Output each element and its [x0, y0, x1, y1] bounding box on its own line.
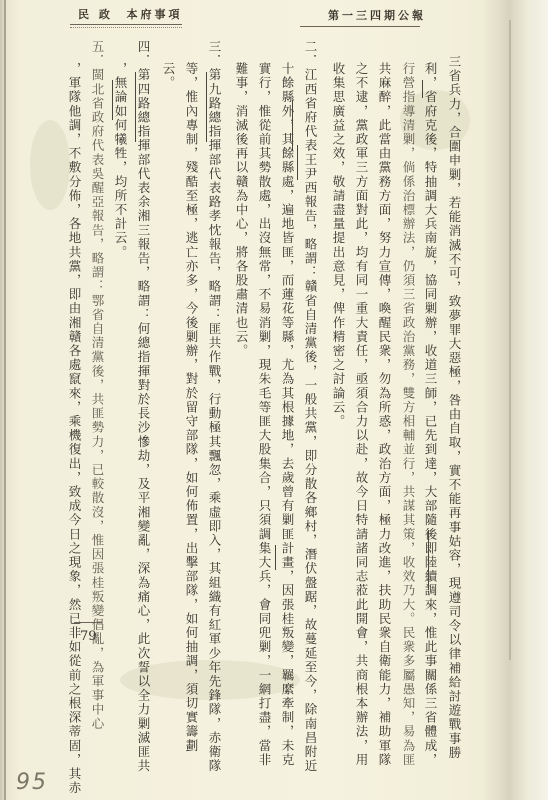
text-column-15: ，無論如何犧牲，均所不計云。 [113, 62, 127, 259]
proper-name-mark [422, 80, 423, 98]
text-column-1: 三省兵力，合圍申剿，若能消滅不可，致夢罪大惡極，咎由自取，實不能再事姑容，現遵司… [447, 55, 461, 760]
publication-header: 第一三四期公報 [328, 7, 426, 23]
text-column-7: 二．江西省府代表王尹西報告，略謂：贛省自清黨後，一般共黨，即分散各鄉村，潛伏盤踞… [303, 40, 317, 773]
header-rule-right [300, 26, 420, 29]
handwritten-annotation: 95 [16, 770, 48, 795]
proper-name-mark [428, 530, 429, 590]
text-column-14: 四．第四路總指揮部代表余湘三報告，略謂：何總指揮對於長沙慘劫，及平湘變亂，深為痛… [136, 40, 150, 773]
page-right-edge [509, 20, 511, 660]
page-number-rule [74, 622, 102, 623]
text-column-13: 云。 [161, 62, 175, 90]
proper-name-mark [135, 72, 136, 142]
paper-stain [30, 120, 70, 210]
text-column-11: 三．第九路總指揮部代表路孝忱報告，略謂：匪共作戰，行動極其飄忽，乘虛即入，其組織… [207, 40, 221, 773]
text-column-5: 之不逮，黨政軍三方面對此，均有同一重大責任，亟須合力以赴，故今日特請諸同志蒞此開… [354, 62, 368, 767]
text-column-8: 十餘縣外，其餘縣處，遍地皆匪，而蓮花等縣，尤為其根據地，去歲曾有剿匪計畫，因張桂… [280, 62, 294, 767]
document-page: 民 政 本府事項 第一三四期公報 三省兵力，合圍申剿，若能消滅不可，致夢罪大惡極… [0, 0, 548, 800]
binding-edge [4, 0, 6, 800]
proper-name-mark [112, 80, 113, 120]
proper-name-mark [275, 545, 276, 570]
page-number: 79 [80, 629, 97, 644]
text-column-6: 收集思廣益之效，敬請盡量提出意見，俾作精密之討論云。 [331, 62, 345, 429]
text-column-2: 利，省府克後，特抽調大兵南旋，協同剿辦，收道三師，已先到達，大部隨後即陸續調來，… [423, 62, 437, 767]
proper-name-mark [206, 72, 207, 142]
proper-name-mark [292, 100, 293, 150]
text-column-16: 五．閩北省政府代表吳醒亞報告，略謂：鄂省自清黨後，共匪勢力，已較散沒，惟因張桂叛… [90, 40, 104, 731]
text-column-12: 等，惟內專制，殘酷至極，逃亡亦多，今後剿辦，對於留守部隊，如何佈置，出擊部隊，如… [184, 62, 198, 753]
text-column-17: ，軍隊他調，不敷分佈，各地共黨，即由湘贛各處竄來，乘機復出，致成今日之現象，然已… [67, 62, 81, 795]
text-column-4: 共麻醉，此當由黨務方面，努力宣傳，喚醒民衆，勿為所惑，政治方面，極力改進，扶助民… [377, 62, 391, 767]
text-column-3: 行營指導清剿，倘係治標辦法，仍須三省政治黨務，雙方相輔並行，共謀其策，收效乃大。… [401, 62, 415, 767]
section-header: 民 政 本府事項 [78, 6, 183, 22]
text-column-10: 難事，消滅後再以贛為中心，將各股肅清也云。 [234, 62, 248, 358]
text-column-9: 實行，惟從前其勢散處，出沒無常，不易消剿，現朱毛等匪大股集合，只須調集大兵，會同… [257, 62, 271, 767]
proper-name-mark [297, 145, 298, 180]
header-rule-left [70, 24, 182, 28]
